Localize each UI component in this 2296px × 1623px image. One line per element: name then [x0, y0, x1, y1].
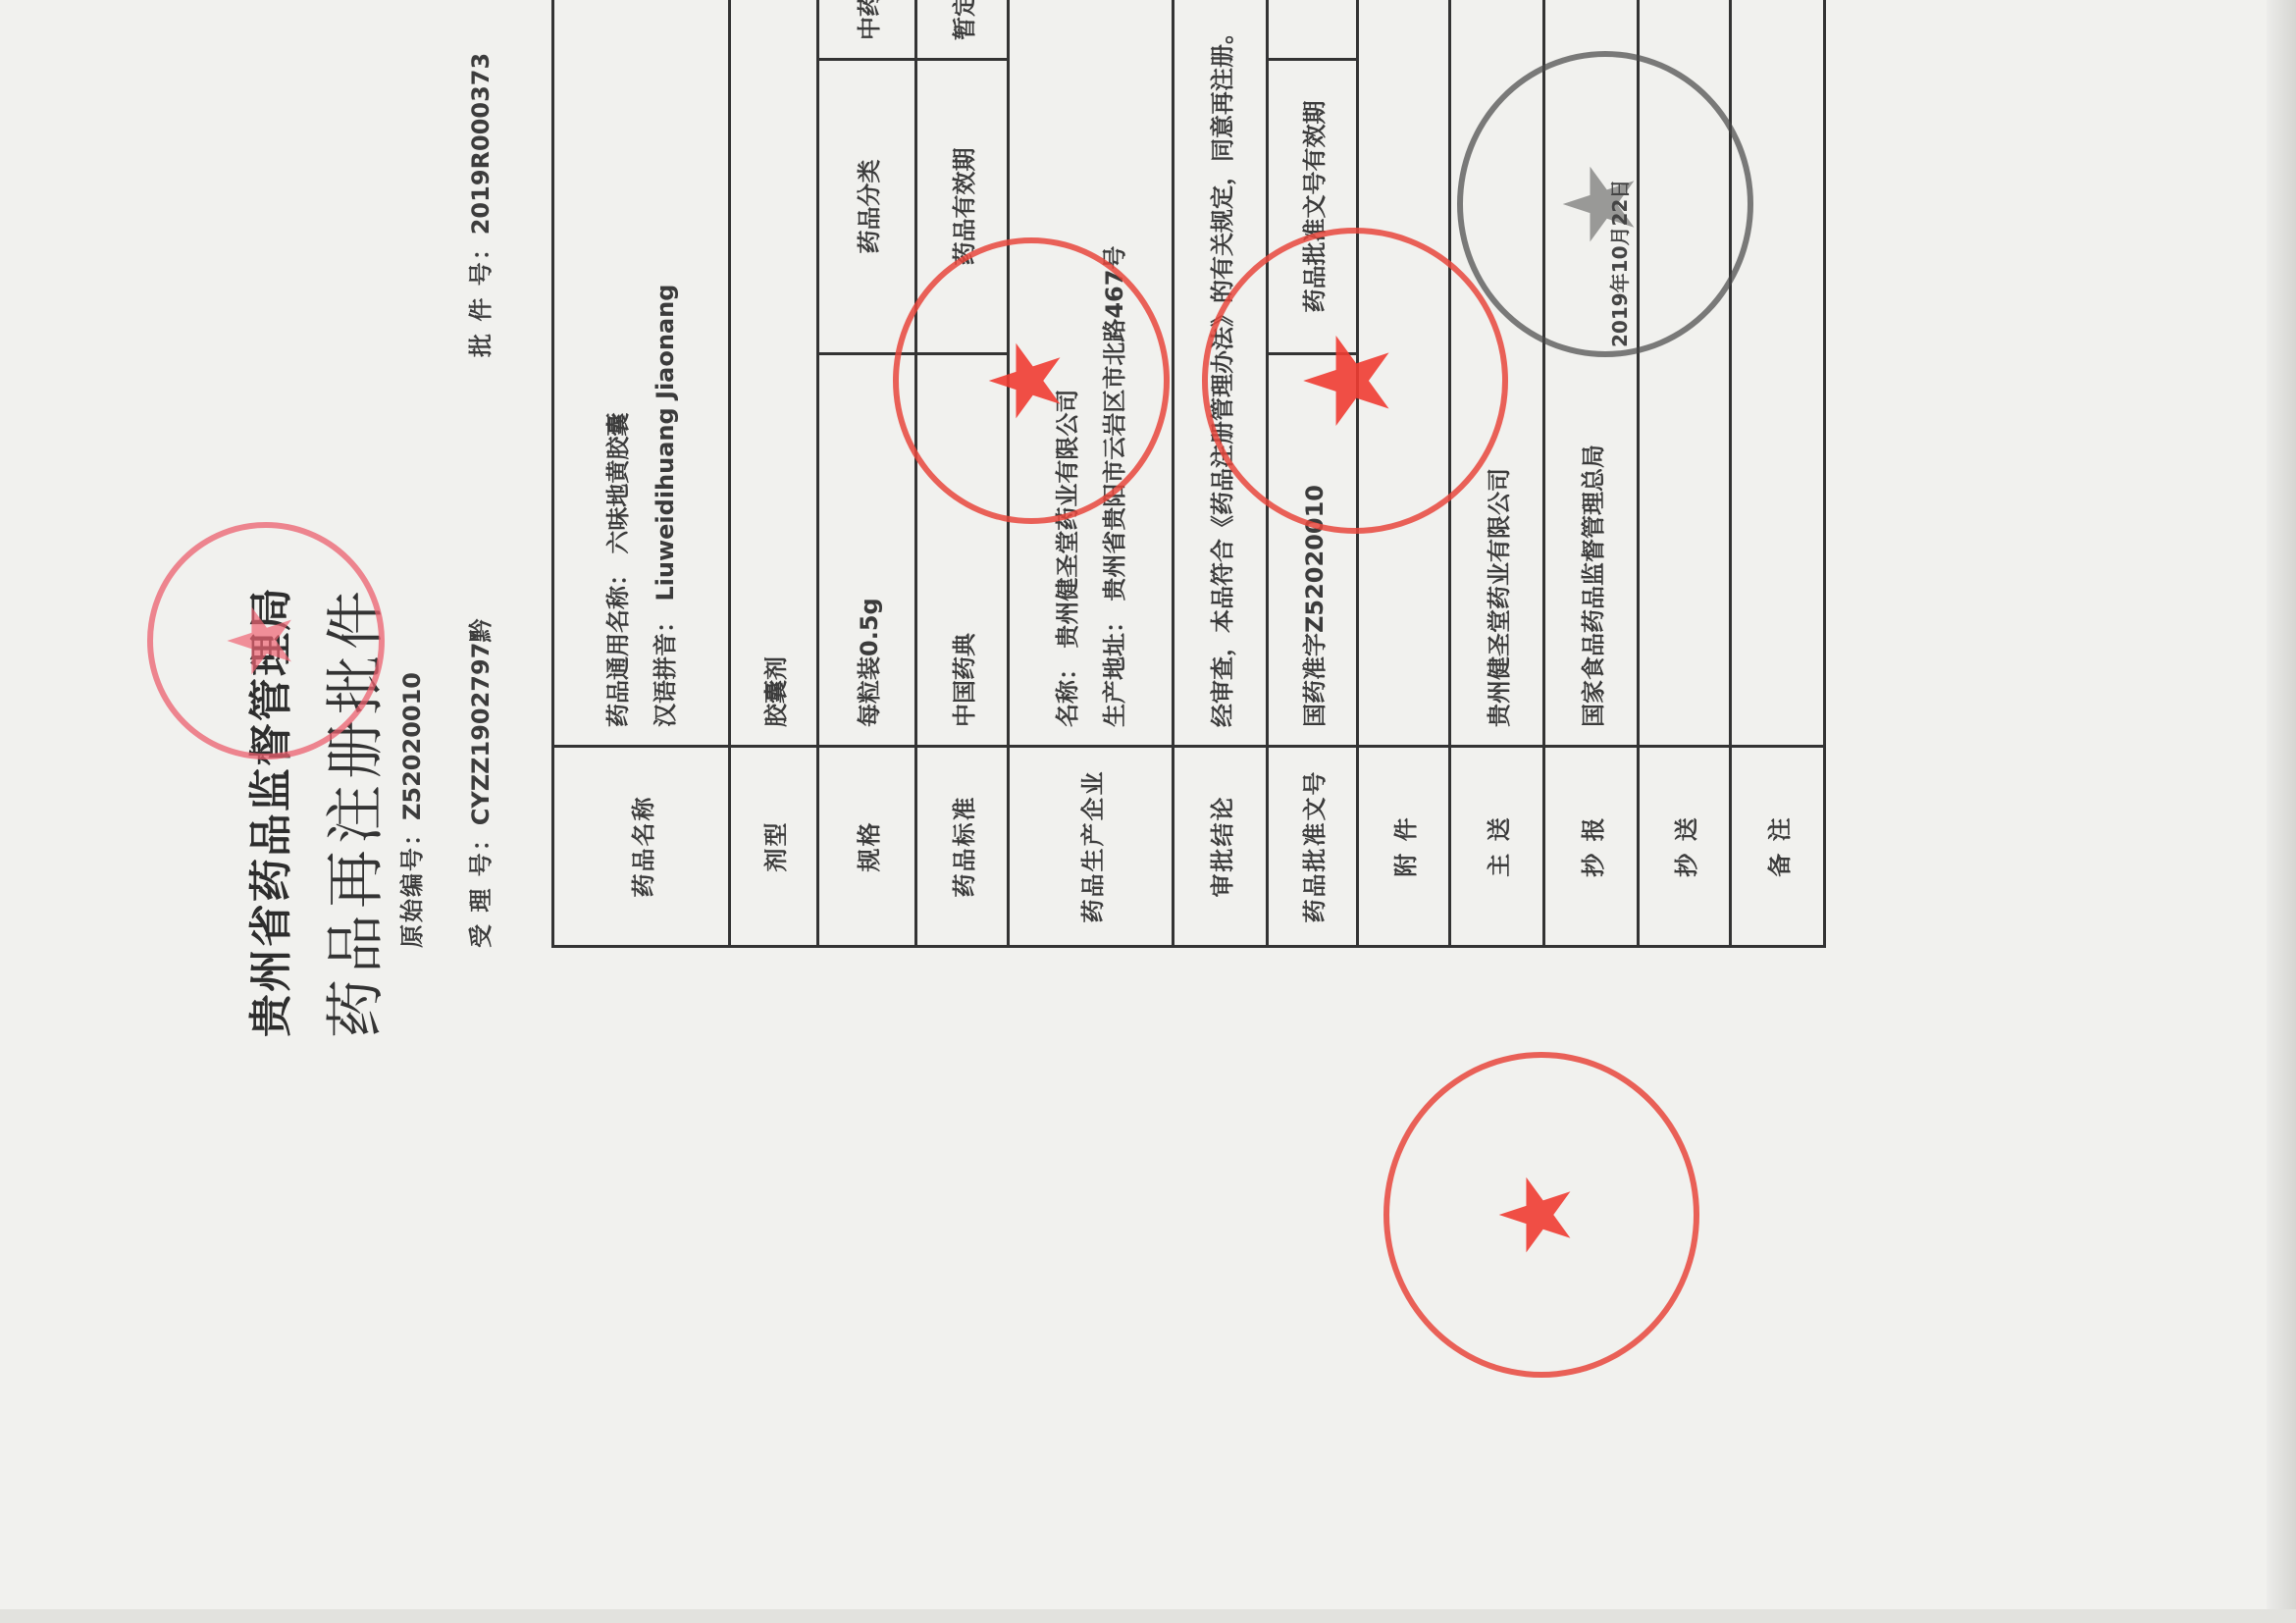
- row-header: 药品名称: [553, 747, 730, 947]
- row-value-2: 暂定24 个月: [916, 0, 1009, 60]
- table-row: 规格 每粒装0.5g 药品分类 中药: [818, 0, 916, 947]
- acceptance-number: 受 理 号：CYZZ1902797黔: [461, 619, 496, 948]
- company-seal-2: ★: [893, 237, 1170, 524]
- table-row: 药品名称 药品通用名称： 六味地黄胶囊 汉语拼音： Liuweidihuang …: [553, 0, 730, 947]
- row-header: 剂型: [730, 747, 818, 947]
- star-icon: ★: [1487, 1171, 1586, 1259]
- acceptance-number-label: 受 理 号：: [467, 825, 495, 948]
- row-header: 规格: [818, 747, 916, 947]
- issuer-title: 贵州省药品监督管理局: [235, 0, 298, 1623]
- row-value: 胶囊剂: [730, 0, 818, 747]
- row-value-2: 中药: [818, 0, 916, 60]
- row-header: 药品批准文号: [1268, 747, 1358, 947]
- document-title: 药品再注册批件: [309, 0, 393, 1623]
- table-row: 剂型 胶囊剂: [730, 0, 818, 947]
- row-header: 抄 送: [1639, 747, 1731, 947]
- pinyin-name: 汉语拼音： Liuweidihuang Jiaonang: [642, 0, 689, 727]
- original-number-label: 原始编号：: [398, 820, 426, 948]
- row-header: 主 送: [1450, 747, 1544, 947]
- row-value: [1731, 0, 1825, 747]
- star-icon: ★: [218, 602, 306, 681]
- row-header: 附 件: [1358, 747, 1450, 947]
- row-value: 药品通用名称： 六味地黄胶囊 汉语拼音： Liuweidihuang Jiaon…: [553, 0, 730, 747]
- official-seal-date: 2019年10月22日: [1604, 180, 1633, 347]
- original-number-value: Z52020010: [398, 672, 426, 820]
- company-seal-3: ★: [1383, 1052, 1699, 1378]
- approval-number-label: 批 件 号：: [467, 235, 495, 357]
- generic-name: 药品通用名称： 六味地黄胶囊: [595, 0, 642, 727]
- hospital-seal: ★: [147, 522, 385, 759]
- star-icon: ★: [1551, 160, 1649, 248]
- company-seal-1: ★: [1202, 228, 1508, 534]
- star-icon: ★: [977, 337, 1075, 425]
- row-header: 备 注: [1731, 747, 1825, 947]
- star-icon: ★: [1290, 328, 1408, 434]
- approval-number-value: 2019R000373: [467, 53, 495, 235]
- row-header: 审批结论: [1174, 747, 1268, 947]
- table-row: 备 注: [1731, 0, 1825, 947]
- row-header: 药品标准: [916, 747, 1009, 947]
- row-header: 抄 报: [1544, 747, 1639, 947]
- rotated-document-page: 贵州省药品监督管理局 药品再注册批件 原始编号：Z52020010 受 理 号：…: [0, 0, 2296, 1623]
- acceptance-number-value: CYZZ1902797黔: [467, 619, 495, 826]
- row-header: 药品生产企业: [1009, 747, 1174, 947]
- approval-number: 批 件 号：2019R000373: [461, 53, 496, 357]
- row-header-2: 药品分类: [818, 60, 916, 354]
- original-number: 原始编号：Z52020010: [392, 672, 427, 948]
- row-value-2: 2024-10-21: [1268, 0, 1358, 60]
